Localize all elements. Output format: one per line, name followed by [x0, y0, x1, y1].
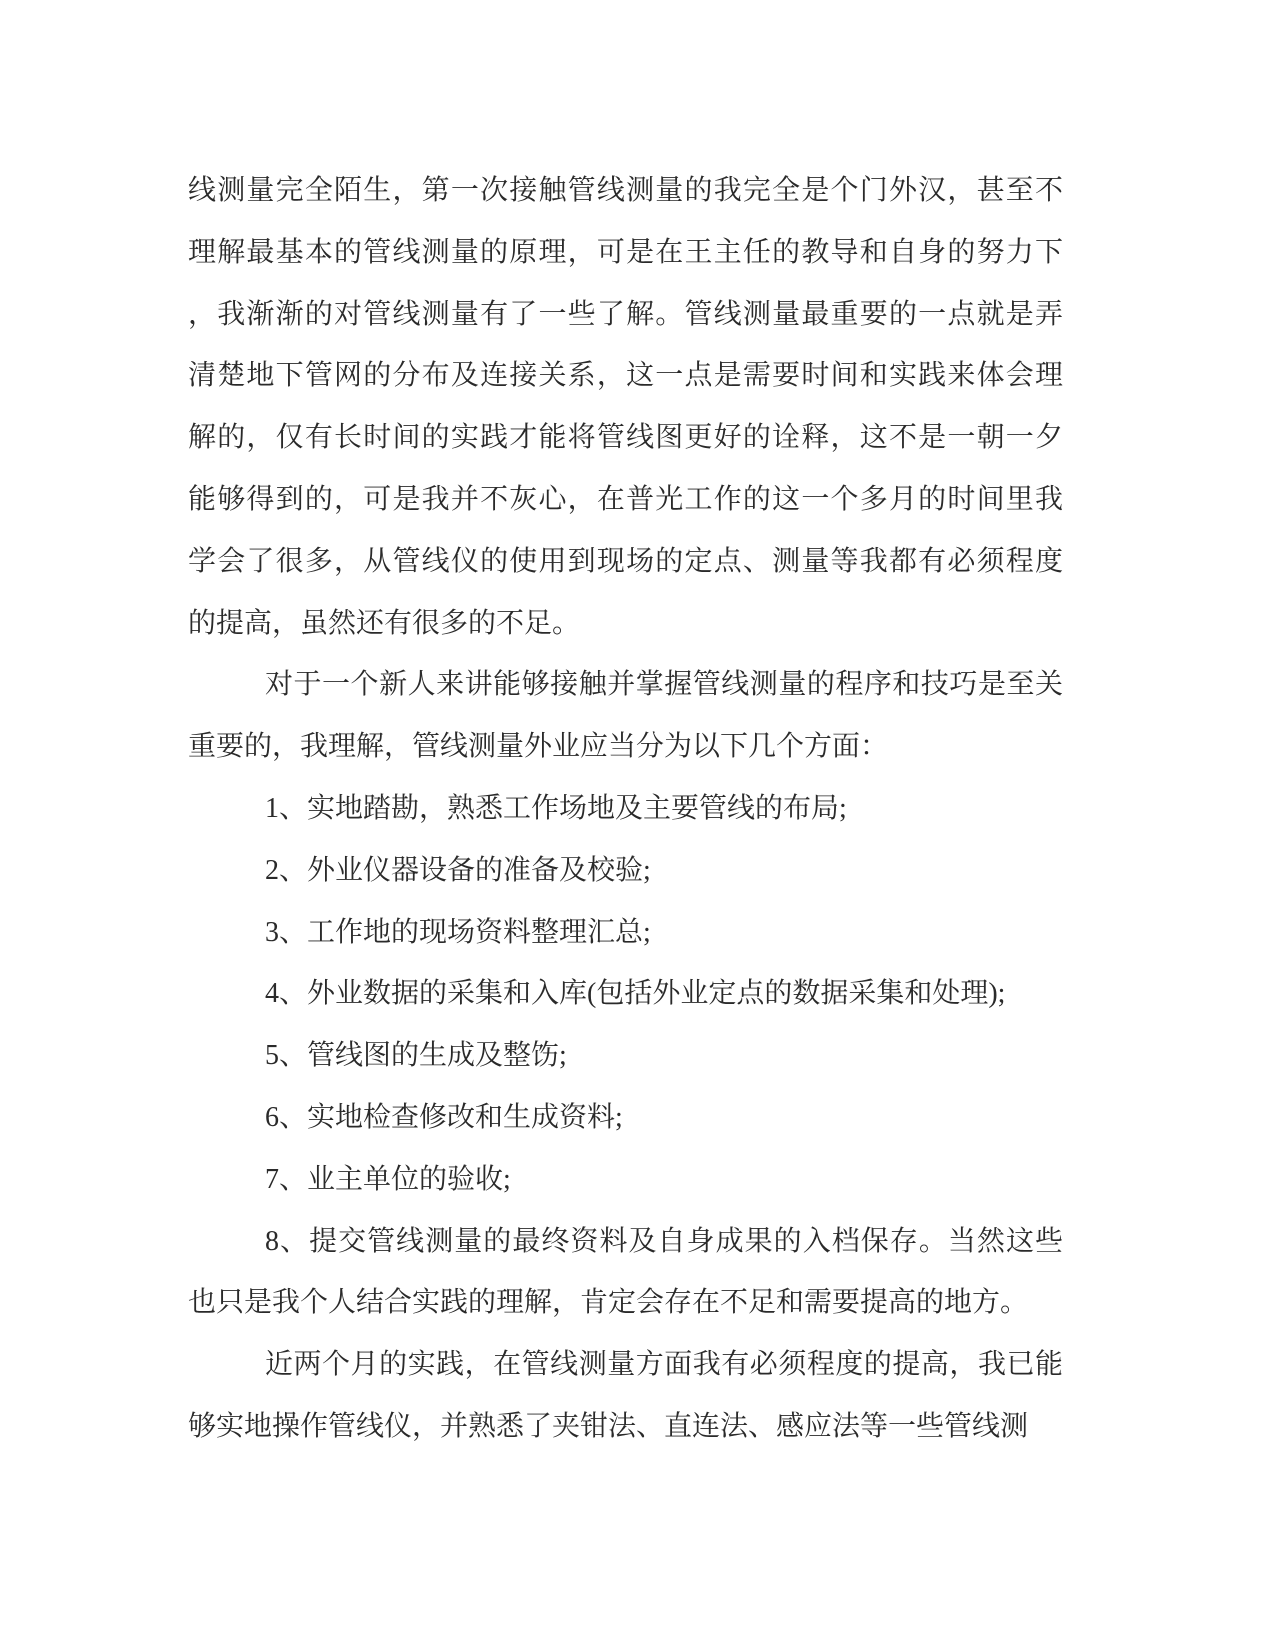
paragraph: 8、提交管线测量的最终资料及自身成果的入档保存。当然这些也只是我个人结合实践的理… [188, 1211, 1063, 1335]
text-line: 解的，仅有长时间的实践才能将管线图更好的诠释，这不是一朝一夕 [188, 407, 1063, 469]
paragraph: 2、外业仪器设备的准备及校验; [188, 840, 1063, 902]
paragraph: 1、实地踏勘，熟悉工作场地及主要管线的布局; [188, 778, 1063, 840]
text-line: 够实地操作管线仪，并熟悉了夹钳法、直连法、感应法等一些管线测 [188, 1396, 1063, 1458]
text-line: 2、外业仪器设备的准备及校验; [188, 840, 1063, 902]
text-line: ，我渐渐的对管线测量有了一些了解。管线测量最重要的一点就是弄 [188, 284, 1063, 346]
paragraph: 线测量完全陌生，第一次接触管线测量的我完全是个门外汉，甚至不理解最基本的管线测量… [188, 160, 1063, 654]
paragraph: 5、管线图的生成及整饬; [188, 1025, 1063, 1087]
text-line: 1、实地踏勘，熟悉工作场地及主要管线的布局; [188, 778, 1063, 840]
paragraph: 6、实地检查修改和生成资料; [188, 1087, 1063, 1149]
document-page: 线测量完全陌生，第一次接触管线测量的我完全是个门外汉，甚至不理解最基本的管线测量… [0, 0, 1275, 1650]
text-line: 3、工作地的现场资料整理汇总; [188, 902, 1063, 964]
text-line: 的提高，虽然还有很多的不足。 [188, 593, 1063, 655]
text-line: 对于一个新人来讲能够接触并掌握管线测量的程序和技巧是至关 [188, 654, 1063, 716]
paragraph: 3、工作地的现场资料整理汇总; [188, 902, 1063, 964]
text-line: 5、管线图的生成及整饬; [188, 1025, 1063, 1087]
paragraph: 4、外业数据的采集和入库(包括外业定点的数据采集和处理); [188, 963, 1063, 1025]
text-line: 也只是我个人结合实践的理解，肯定会存在不足和需要提高的地方。 [188, 1272, 1063, 1334]
document-body: 线测量完全陌生，第一次接触管线测量的我完全是个门外汉，甚至不理解最基本的管线测量… [188, 160, 1063, 1458]
text-line: 线测量完全陌生，第一次接触管线测量的我完全是个门外汉，甚至不 [188, 160, 1063, 222]
paragraph: 7、业主单位的验收; [188, 1149, 1063, 1211]
paragraph: 对于一个新人来讲能够接触并掌握管线测量的程序和技巧是至关重要的，我理解，管线测量… [188, 654, 1063, 778]
text-line: 4、外业数据的采集和入库(包括外业定点的数据采集和处理); [188, 963, 1063, 1025]
text-line: 理解最基本的管线测量的原理，可是在王主任的教导和自身的努力下 [188, 222, 1063, 284]
text-line: 能够得到的，可是我并不灰心，在普光工作的这一个多月的时间里我 [188, 469, 1063, 531]
text-line: 学会了很多，从管线仪的使用到现场的定点、测量等我都有必须程度 [188, 531, 1063, 593]
text-line: 7、业主单位的验收; [188, 1149, 1063, 1211]
text-line: 近两个月的实践，在管线测量方面我有必须程度的提高，我已能 [188, 1334, 1063, 1396]
text-line: 清楚地下管网的分布及连接关系，这一点是需要时间和实践来体会理 [188, 345, 1063, 407]
text-line: 6、实地检查修改和生成资料; [188, 1087, 1063, 1149]
paragraph: 近两个月的实践，在管线测量方面我有必须程度的提高，我已能够实地操作管线仪，并熟悉… [188, 1334, 1063, 1458]
text-line: 8、提交管线测量的最终资料及自身成果的入档保存。当然这些 [188, 1211, 1063, 1273]
text-line: 重要的，我理解，管线测量外业应当分为以下几个方面： [188, 716, 1063, 778]
